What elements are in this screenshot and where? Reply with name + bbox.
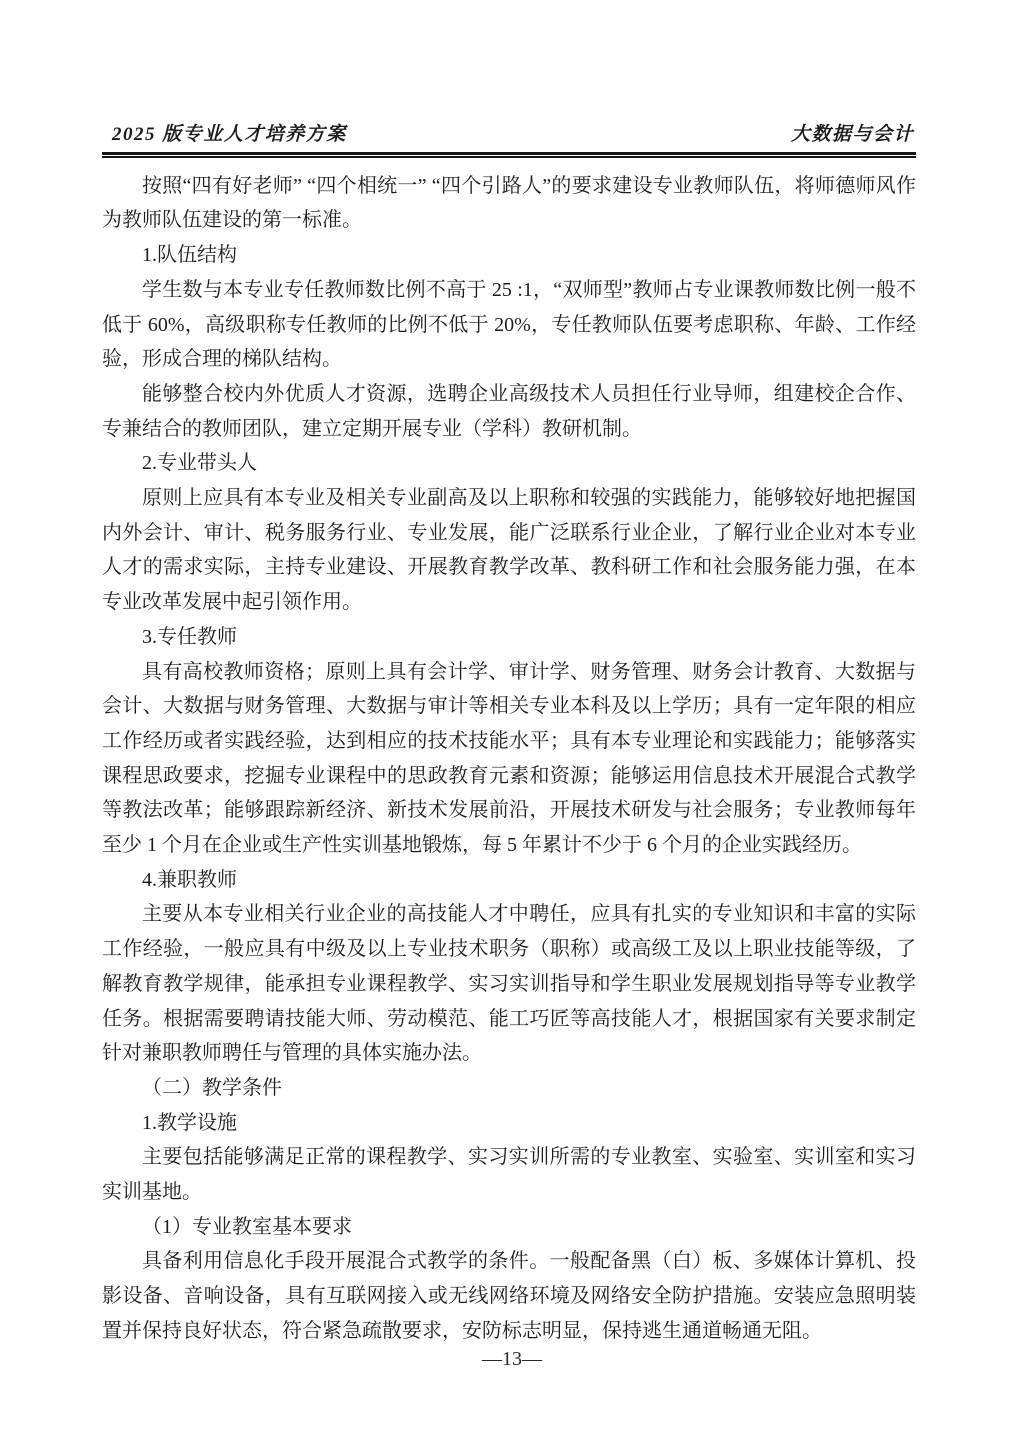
section-heading: 3.专任教师	[102, 620, 916, 655]
section-heading: 1.教学设施	[102, 1106, 916, 1141]
body-paragraph: 能够整合校内外优质人才资源，选聘企业高级技术人员担任行业导师，组建校企合作、专兼…	[102, 377, 916, 446]
document-content: 按照“四有好老师” “四个相统一” “四个引路人”的要求建设专业教师队伍，将师德…	[102, 169, 916, 1349]
body-paragraph: 具备利用信息化手段开展混合式教学的条件。一般配备黑（白）板、多媒体计算机、投影设…	[102, 1244, 916, 1348]
section-heading: 4.兼职教师	[102, 863, 916, 898]
document-page: 2025 版专业人才培养方案 大数据与会计 按照“四有好老师” “四个相统一” …	[0, 0, 1024, 1448]
page-body: 2025 版专业人才培养方案 大数据与会计 按照“四有好老师” “四个相统一” …	[102, 0, 916, 1349]
page-header: 2025 版专业人才培养方案 大数据与会计	[102, 119, 916, 144]
body-paragraph: 原则上应具有本专业及相关专业副高及以上职称和较强的实践能力，能够较好地把握国内外…	[102, 481, 916, 620]
section-heading: 1.队伍结构	[102, 238, 916, 273]
section-heading: （二）教学条件	[102, 1071, 916, 1106]
body-paragraph: 按照“四有好老师” “四个相统一” “四个引路人”的要求建设专业教师队伍，将师德…	[102, 169, 916, 238]
body-paragraph: 主要从本专业相关行业企业的高技能人才中聘任，应具有扎实的专业知识和丰富的实际工作…	[102, 897, 916, 1071]
page-footer: —13—	[0, 1348, 1024, 1371]
section-heading: （1）专业教室基本要求	[102, 1210, 916, 1245]
body-paragraph: 主要包括能够满足正常的课程教学、实习实训所需的专业教室、实验室、实训室和实习实训…	[102, 1140, 916, 1209]
header-left-title: 2025 版专业人才培养方案	[112, 125, 347, 144]
header-rule-thick	[102, 152, 916, 155]
page-number: —13—	[482, 1348, 542, 1370]
body-paragraph: 具有高校教师资格；原则上具有会计学、审计学、财务管理、财务会计教育、大数据与会计…	[102, 655, 916, 863]
body-paragraph: 学生数与本专业专任教师数比例不高于 25 :1，“双师型”教师占专业课教师数比例…	[102, 273, 916, 377]
header-rule-thin	[102, 156, 916, 157]
section-heading: 2.专业带头人	[102, 446, 916, 481]
header-right-title: 大数据与会计	[791, 125, 914, 144]
